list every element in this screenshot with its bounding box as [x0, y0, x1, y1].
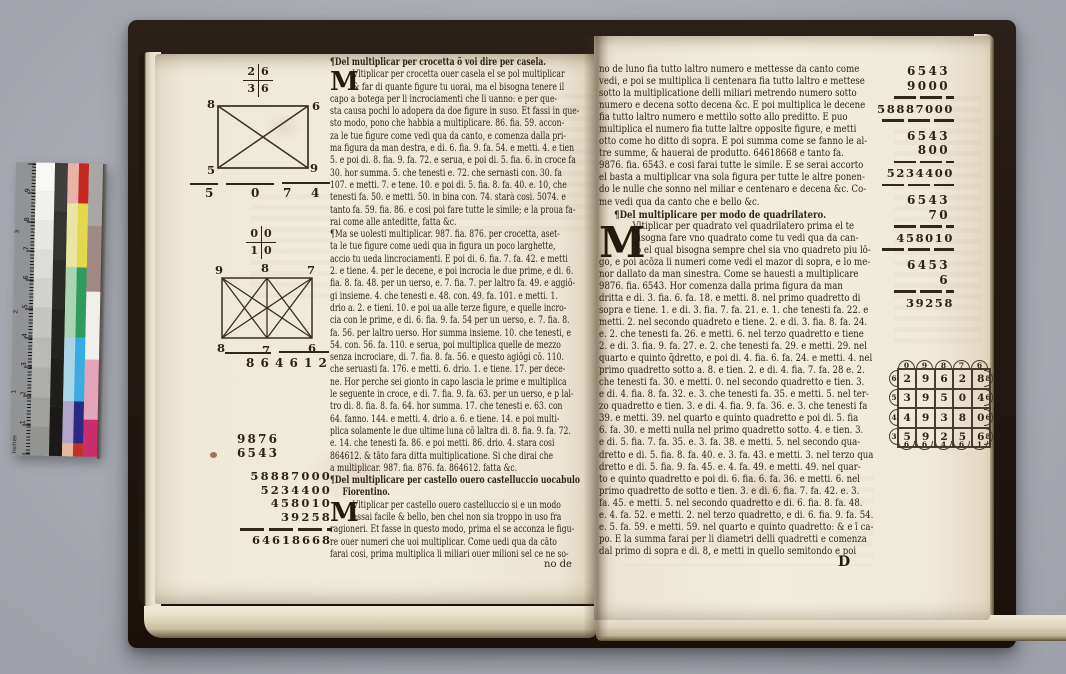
lattice-cell: 9: [916, 389, 934, 409]
text-line: ¶Ma se uolesti multiplicar. 987. fia. 87…: [330, 229, 596, 241]
color-patch: [31, 397, 51, 426]
multiplicand: 6453: [876, 258, 954, 273]
text-line: ragioneri. Et fasse in questo modo, prim…: [330, 524, 596, 536]
text-line: to e quinto quadretto e poi di. 6. fia. …: [599, 474, 897, 486]
text-line: 864612. & tāto fara ditta multiplication…: [330, 451, 596, 463]
rule: [894, 290, 954, 293]
text-line: 30. hor summa. 5. che tenesti e. 72. che…: [330, 168, 596, 180]
partial-product: 58887000: [232, 470, 332, 484]
ruler-inches-label: Inches: [12, 435, 18, 453]
lattice-cell: 8: [972, 369, 990, 389]
sum-rule: [240, 528, 332, 531]
ruler-inch-number: 1: [11, 390, 18, 394]
product-5074: 5074: [205, 186, 325, 202]
text-line: otto come ho ditto di sopra. E poi summa…: [599, 136, 897, 148]
color-patch: [32, 307, 52, 337]
lattice-cell: 8: [953, 408, 971, 428]
text-line: sta causa pochi lo adopera da doe figure…: [330, 106, 596, 118]
paragraph-castello: M Vltiplicar per castello ouero castellu…: [330, 500, 596, 561]
text-line: zo quadretto e tien. 3. e di. 4. fia. 9.…: [599, 401, 897, 413]
color-patch: [53, 211, 67, 260]
rule: [882, 184, 954, 187]
text-line: 2. e tiene. 4. per le decene, e poi incr…: [330, 266, 596, 278]
color-patch: [34, 221, 54, 250]
text-line: Vltiplicar per castello ouero castellucc…: [330, 500, 618, 512]
rule: [882, 119, 954, 122]
text-line: vedi, e poi se multiplica li centenara f…: [599, 76, 897, 88]
top-digit: 8: [261, 261, 269, 275]
color-patch: [50, 358, 64, 407]
heading-line: ¶Del multiplicare per castello ouero cas…: [330, 475, 596, 487]
text-line: tenesti fa. 50. e metti. 50. in bina con…: [330, 192, 596, 204]
castello-total: 64618668: [232, 534, 332, 548]
lattice-cell: 5: [898, 428, 916, 448]
lattice-cell: 6: [972, 428, 990, 448]
fraction-digit: 1: [250, 243, 262, 259]
text-line: accio tu ueda lincrociamenti. E poi di. …: [330, 254, 596, 266]
text-line: plica solamente le due ultime luna cō la…: [330, 426, 596, 438]
text-line: e. 5. fa. 59. e metti. 59. nel quarto e …: [599, 522, 897, 534]
color-patch: [62, 443, 73, 456]
multiplicand: 6543: [876, 64, 954, 79]
castello-worked-example: 9876 6543 58887000523440045801039258 646…: [232, 432, 332, 547]
margin-multiplication-sums: 6543 9000 58887000 6543 800 5234400 6543…: [876, 64, 954, 317]
text-line: 9876. fia. 6543. Hor comenza dalla prima…: [599, 281, 897, 293]
text-line: go, e poi acōza li numeri come vedi el m…: [599, 257, 897, 269]
text-line: senza incrociare, di. 7. fia. 8. fa. 56.…: [330, 352, 596, 364]
text-line: numero e decena sotto decena &c. E poi m…: [599, 100, 897, 112]
page-speck: [210, 452, 217, 458]
text-line: tro di. 8. fia. 8. fa. 64. hor summa. 17…: [330, 401, 596, 413]
lattice-grid: 29628395044938059256: [897, 368, 991, 448]
corner-digit: 5: [207, 163, 215, 177]
sum-group: 6543 9000 58887000: [876, 64, 954, 122]
lattice-cell: 4: [898, 408, 916, 428]
castello-partials: 58887000523440045801039258: [232, 470, 332, 524]
text-line: ma figura da man destra, e di. 6. fia. 9…: [330, 143, 596, 155]
text-line: & far di quante figure tu uorai, ma el b…: [330, 82, 618, 94]
color-patch: [35, 163, 55, 192]
text-line: e. 2. che tenesti fa. 26. e metti. 6. ne…: [599, 329, 897, 341]
product-digit: 6: [290, 356, 298, 370]
lattice-cell: 2: [953, 369, 971, 389]
multiplier: 9000: [876, 79, 954, 94]
color-patch: [49, 407, 63, 456]
text-line: 54. con. 56. fa. 110. e serua, poi multi…: [330, 340, 596, 352]
text-line: 6. fa. 30. e metti nulla nel primo quadr…: [599, 425, 897, 437]
text-line: sotto la multiplicatione delli miliari m…: [599, 88, 897, 100]
text-line: a multiplicar. 987. fia. 876. fa. 864612…: [330, 463, 596, 475]
ruler-cm-number: 3: [20, 362, 28, 366]
text-line: dal primo di sopra e di. 8, e metti in q…: [599, 546, 897, 558]
product-digit: 5: [205, 186, 213, 200]
color-patch: [33, 279, 53, 308]
text-line: 9876. fia. 6543. e cosi farai tutte le s…: [599, 160, 897, 172]
text-line: tre summe, & hauerai de produtto. 646186…: [599, 148, 897, 160]
text-line: gi insieme. 4. che tenesti e. 48. con. 4…: [330, 291, 596, 303]
text-line: dretto e di. 5. fia. 9. fa. 45. e. 4. fa…: [599, 462, 897, 474]
lattice-cell: 9: [916, 428, 934, 448]
lattice-cell: 3: [935, 408, 953, 428]
text-line: do le nulle che sonno nel miliar e cente…: [599, 184, 897, 196]
text-line: primo quadretto sotto a. 8. e tien. 2. e…: [599, 365, 897, 377]
ruler-cm-number: 2: [19, 391, 27, 395]
ruler-cm-number: 1: [19, 420, 27, 424]
product-864612: 864612: [246, 356, 342, 372]
partial-product: 458010: [876, 231, 954, 246]
right-text-column: no de luno fia tutto laltro numero e met…: [599, 64, 897, 558]
text-line: quarto e quinto q̄dretto, e poi di. 4. f…: [599, 353, 897, 365]
partial-product: 5234400: [232, 484, 332, 498]
text-line: e. 4. fa. 52. e metti. 2. nel terzo quad…: [599, 510, 897, 522]
color-calibration-target: 321 987654321 Inches: [10, 162, 104, 457]
partial-product: 39258: [876, 296, 954, 311]
ruler-inch-number: 3: [14, 230, 21, 234]
rule: [882, 248, 954, 251]
text-line: dritta e di. 3. fia. 6. fa. 18. e metti.…: [599, 293, 897, 305]
lattice-cell: 5: [953, 428, 971, 448]
fraction-setup-86-59: 26 36: [243, 64, 273, 97]
gathering-signature: D: [838, 554, 850, 570]
text-line: 2. e di. 3. fia. 9. fa. 27. e. 2. che te…: [599, 341, 897, 353]
ruler-inch-number: 2: [12, 310, 19, 314]
text-line: 107. e metti. 7. e tene. 10. e poi di. 5…: [330, 180, 596, 192]
lattice-cell: 4: [972, 389, 990, 409]
chapter-heading-quadrilatero: ¶Del multiplicare per modo de quadrilate…: [599, 209, 912, 221]
text-line: sopra e tiene. 1. e di. 3. fia. 7. fa. 2…: [599, 305, 897, 317]
castello-factor2: 6543: [232, 446, 332, 460]
paragraph-crocetta: M Vltiplicar per crocetta ouer casela el…: [330, 69, 596, 229]
product-digit: 7: [283, 186, 291, 200]
text-line: e di. 4. fia. 8. fa. 32. e. 3. che tenes…: [599, 389, 897, 401]
multiplier: 800: [876, 143, 954, 158]
text-line: el basta a multiplicar vna sola figura p…: [599, 172, 897, 184]
color-patch: [73, 443, 83, 456]
fraction-digit: 0: [250, 226, 262, 242]
text-line: metti. 2. nel secondo quadreto e tiene. …: [599, 317, 897, 329]
text-line: che tenesti fa. 30. e metti. 0. nel seco…: [599, 377, 897, 389]
text-line: fia. 8. fa. 48. per un uerso, e. 7. fia.…: [330, 278, 596, 290]
text-line: rai come alle anteditte, fatta &c.: [330, 217, 596, 229]
product-digit: 6: [261, 356, 269, 370]
ruler-cm-number: 4: [20, 333, 28, 337]
fraction-digit: 2: [247, 64, 259, 80]
multiplier: 6: [876, 273, 954, 288]
lattice-cell: 6: [935, 369, 953, 389]
text-line: e di. 5. fia. 7. fa. 35. e. 3. fa. 38. e…: [599, 437, 897, 449]
fraction-carry: 00 10: [246, 226, 276, 259]
product-digit: 4: [275, 356, 283, 370]
sum-group: 6453 6 39258: [876, 258, 954, 310]
partial-product: 5234400: [876, 166, 954, 181]
lattice-cell: 9: [916, 408, 934, 428]
bottom-digit: 8: [217, 341, 225, 355]
color-patch: [67, 163, 79, 203]
ruler-cm-number: 9: [23, 188, 31, 192]
text-line: no de luno fia tutto laltro numero e met…: [599, 64, 897, 76]
color-patch: [35, 192, 55, 221]
text-line: Vltiplicar per crocetta ouer casela el s…: [330, 69, 618, 81]
corner-digit: 6: [312, 99, 320, 113]
left-text-column: ¶Del multiplicar per crocetta ō voi dire…: [330, 57, 596, 561]
color-patch: [51, 309, 65, 358]
castello-factor1: 9876: [232, 432, 332, 446]
product-digit: 4: [311, 186, 319, 200]
ruler-cm-number: 7: [22, 246, 30, 250]
lattice-cell: 5: [935, 389, 953, 409]
color-patch: [52, 260, 66, 309]
multiplicand: 6543: [876, 193, 954, 208]
text-line: po. E la summa farai per li diametri del…: [599, 534, 897, 546]
rule: [894, 161, 954, 164]
text-line: za le tue figure come vedi qua da canto,…: [330, 131, 596, 143]
ruler-cm-number: 6: [22, 275, 30, 279]
text-line: 39. e metti. 39. nel quarto e quinto qua…: [599, 413, 897, 425]
rule: [894, 225, 954, 228]
color-patch: [62, 401, 74, 443]
corner-digit: 8: [207, 97, 215, 111]
top-digit: 9: [215, 263, 223, 277]
text-line: e. 14. che tenesti fa. 86. e poi metti. …: [330, 438, 596, 450]
photo-scene: 321 987654321 Inches 26: [0, 0, 1066, 674]
top-digit: 7: [307, 263, 315, 277]
text-line: capo a botega per li incrociamenti che l…: [330, 94, 596, 106]
fraction-digit: 6: [261, 64, 269, 80]
chapter-heading-crocetta: ¶Del multiplicar per crocetta ō voi dire…: [330, 57, 596, 69]
color-patch: [30, 426, 50, 455]
product-digit: 1: [304, 356, 312, 370]
text-line: fa. 56. per laltro uerso. Hor summa insi…: [330, 328, 596, 340]
paragraph-quadrilatero: M Vltiplicar per quadrato vel quadrilate…: [599, 221, 897, 558]
corner-digit: 9: [310, 161, 318, 175]
heading-line: Fiorentino.: [330, 487, 608, 499]
text-line: tanto fa. 59. fia. 86. e cosi poi fare t…: [330, 205, 596, 217]
color-patch: [54, 163, 68, 211]
text-line: 5. e poi di. 8. fia. 9. fa. 72. e serua,…: [330, 155, 596, 167]
text-line: multiplica el numero fia tutte laltre op…: [599, 124, 897, 136]
ruler-cm-number: 8: [23, 217, 31, 221]
color-patch: [31, 367, 51, 397]
text-line: dretto e di. 5. fia. 8. fa. 40. e. 3. fa…: [599, 450, 897, 462]
sum-group: 6543 70 458010: [876, 193, 954, 251]
partial-product: 39258: [232, 511, 332, 525]
partial-product: 458010: [232, 497, 332, 511]
paragraph-crocetta-3digit: ¶Ma se uolesti multiplicar. 987. fia. 87…: [330, 229, 596, 475]
text-line: primo quadretto de sotto e tien. 3. e di…: [599, 486, 897, 498]
paragraph-castello-continued: no de luno fia tutto laltro numero e met…: [599, 64, 897, 209]
ruler-cm-number: 5: [21, 304, 29, 308]
text-line: me vedi qua da canto che e bello &c.: [599, 197, 897, 209]
crocetta-diagram-3digit: 9 8 7 8 7 6: [207, 260, 327, 356]
product-digit: 8: [246, 356, 254, 370]
fraction-digit: 0: [264, 243, 272, 259]
sum-group: 6543 800 5234400: [876, 129, 954, 187]
text-line: 64. fanno. 144. e metti. 4. drio a. 6. e…: [330, 414, 596, 426]
text-line: le seguente in croce, e di. 7. fia. 9. f…: [330, 389, 596, 401]
lattice-cell: 0: [972, 408, 990, 428]
lattice-cell: 2: [935, 428, 953, 448]
product-digit: 2: [319, 356, 327, 370]
page-stack-bottom-left: [144, 606, 598, 638]
rule: [894, 96, 954, 99]
text-line: ne. Hor perche sei gionto in capo lascia…: [330, 377, 596, 389]
lattice-cell: 0: [953, 389, 971, 409]
catchword: no de: [544, 559, 572, 570]
quadrilatero-lattice-diagram: 09876 6543 8668 66461 296283950449380592…: [884, 356, 998, 458]
text-line: fia tutto laltro numero e mettilo sotto …: [599, 112, 897, 124]
text-line: nor dallato da man sinestra. Come se hau…: [599, 269, 897, 281]
crocetta-diagram-2digit: 8 6 5 9: [203, 94, 323, 178]
text-line: sto modo, pono che habbia a multiplicare…: [330, 118, 596, 130]
product-digit: 0: [251, 186, 259, 200]
color-patch: [34, 250, 54, 279]
multiplier: 70: [876, 208, 954, 223]
lattice-cell: 3: [898, 389, 916, 409]
text-line: cia con le prime, e di. 6. fia. 9. fa. 5…: [330, 315, 596, 327]
text-line: re ouer numeri che uoi multiplicar. Come…: [330, 537, 596, 549]
fraction-digit: 0: [264, 226, 272, 242]
chapter-heading-castello: ¶Del multiplicare per castello ouero cas…: [330, 475, 596, 500]
text-line: ta le tue figure come uedi qua in figura…: [330, 241, 596, 253]
text-line: fa. 45. e metti. 5. nel secondo quadrett…: [599, 498, 897, 510]
rule-segment: [225, 352, 271, 354]
multiplicand: 6543: [876, 129, 954, 144]
text-line: che seruasti fa. 176. e metti. 6. drio. …: [330, 364, 596, 376]
text-line: drio a. 2. e tieni. 10. e poi ua alle te…: [330, 303, 596, 315]
partial-product: 58887000: [876, 102, 954, 117]
rule-segment: [279, 351, 329, 353]
rule-segment: [282, 182, 330, 184]
color-patch: [32, 337, 52, 367]
text-line: assai facile & bello, ben chel non sia t…: [330, 512, 618, 524]
lattice-cell: 9: [916, 369, 934, 389]
lattice-cell: 2: [898, 369, 916, 389]
